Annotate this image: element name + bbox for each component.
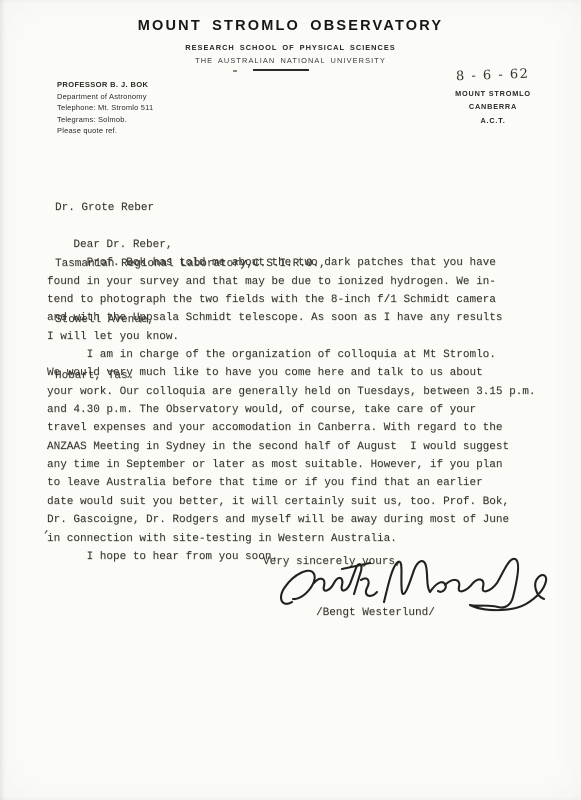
research-school-line: RESEARCH SCHOOL OF PHYSICAL SCIENCES — [0, 43, 581, 52]
recipient-name: Dr. Grote Reber — [55, 199, 326, 218]
handwritten-date: 8 - 6 - 62 — [456, 67, 530, 85]
typed-signature: /Bengt Westerlund/ — [316, 607, 435, 619]
sender-block: PROFESSOR B. J. BOK Department of Astron… — [57, 79, 153, 137]
sender-department: Department of Astronomy — [57, 91, 153, 103]
university-line: THE AUSTRALIAN NATIONAL UNIVERSITY — [0, 56, 581, 65]
sender-telephone: Telephone: Mt. Stromlo 511 — [57, 102, 153, 114]
sender-ref-note: Please quote ref. — [57, 125, 153, 137]
observatory-title: MOUNT STROMLO OBSERVATORY — [0, 18, 581, 34]
letterhead: MOUNT STROMLO OBSERVATORY RESEARCH SCHOO… — [0, 18, 581, 65]
date-block: 8 - 6 - 62 MOUNT STROMLO CANBERRA A.C.T. — [433, 66, 553, 125]
dateblock-place-1: MOUNT STROMLO — [433, 89, 553, 98]
letter-body: Dear Dr. Reber, Prof. Bok has told me ab… — [47, 236, 535, 566]
dateblock-place-3: A.C.T. — [433, 116, 553, 125]
dateblock-place-2: CANBERRA — [433, 102, 553, 111]
sender-telegrams: Telegrams: Solmob. — [57, 114, 153, 126]
signature-handwriting — [278, 554, 550, 614]
letterhead-dash-mark — [233, 70, 237, 72]
letterhead-rule — [253, 69, 309, 71]
sender-name: PROFESSOR B. J. BOK — [57, 79, 153, 91]
scanned-letter-page: MOUNT STROMLO OBSERVATORY RESEARCH SCHOO… — [0, 0, 581, 800]
